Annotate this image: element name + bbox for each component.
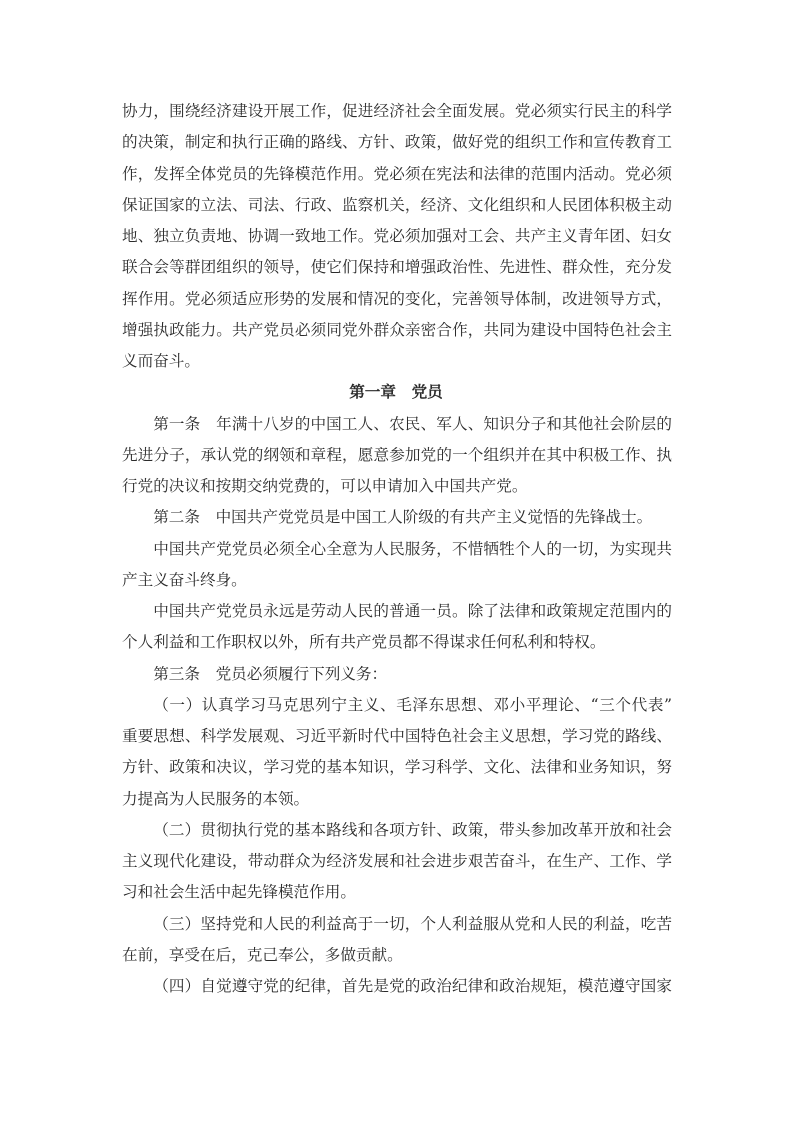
text-line: 地、独立负责地、协调一致地工作。党必须加强对工会、共产主义青年团、妇女 [122, 221, 672, 252]
text-line: 主义现代化建设，带动群众为经济发展和社会进步艰苦奋斗，在生产、工作、学 [122, 846, 672, 877]
text-line: 行党的决议和按期交纳党费的，可以申请加入中国共产党。 [122, 471, 672, 502]
text-line: 的决策，制定和执行正确的路线、方针、政策，做好党的组织工作和宣传教育工 [122, 127, 672, 158]
text-line: 中国共产党党员永远是劳动人民的普通一员。除了法律和政策规定范围内的 [122, 596, 672, 627]
article-2-paragraph-3: 中国共产党党员永远是劳动人民的普通一员。除了法律和政策规定范围内的 个人利益和工… [122, 596, 672, 659]
text-line: 第一条 年满十八岁的中国工人、农民、军人、知识分子和其他社会阶层的 [122, 409, 672, 440]
text-line: 个人利益和工作职权以外，所有共产党员都不得谋求任何私利和特权。 [122, 627, 672, 658]
intro-paragraph: 协力，围绕经济建设开展工作，促进经济社会全面发展。党必须实行民主的科学 的决策，… [122, 96, 672, 377]
article-1-paragraph: 第一条 年满十八岁的中国工人、农民、军人、知识分子和其他社会阶层的 先进分子，承… [122, 409, 672, 503]
text-line: （二）贯彻执行党的基本路线和各项方针、政策，带头参加改革开放和社会 [122, 815, 672, 846]
text-line: 增强执政能力。共产党员必须同党外群众亲密合作，共同为建设中国特色社会主 [122, 315, 672, 346]
article-2-paragraph-2: 中国共产党党员必须全心全意为人民服务，不惜牺牲个人的一切，为实现共 产主义奋斗终… [122, 534, 672, 597]
text-line: 力提高为人民服务的本领。 [122, 784, 672, 815]
text-line: 作，发挥全体党员的先锋模范作用。党必须在宪法和法律的范围内活动。党必须 [122, 159, 672, 190]
text-line: （四）自觉遵守党的纪律，首先是党的政治纪律和政治规矩，模范遵守国家 [122, 971, 672, 1002]
duty-item-3: （三）坚持党和人民的利益高于一切，个人利益服从党和人民的利益，吃苦 在前，享受在… [122, 909, 672, 972]
duty-item-2: （二）贯彻执行党的基本路线和各项方针、政策，带头参加改革开放和社会 主义现代化建… [122, 815, 672, 909]
text-line: 先进分子，承认党的纲领和章程，愿意参加党的一个组织并在其中积极工作、执 [122, 440, 672, 471]
text-line: 第二条 中国共产党党员是中国工人阶级的有共产主义觉悟的先锋战士。 [122, 502, 672, 533]
article-2-paragraph: 第二条 中国共产党党员是中国工人阶级的有共产主义觉悟的先锋战士。 [122, 502, 672, 533]
text-line: 保证国家的立法、司法、行政、监察机关，经济、文化组织和人民团体积极主动 [122, 190, 672, 221]
text-line: 义而奋斗。 [122, 346, 672, 377]
text-line: 产主义奋斗终身。 [122, 565, 672, 596]
text-line: 在前，享受在后，克己奉公，多做贡献。 [122, 940, 672, 971]
text-line: （一）认真学习马克思列宁主义、毛泽东思想、邓小平理论、“三个代表” [122, 690, 672, 721]
article-3-paragraph: 第三条 党员必须履行下列义务： [122, 659, 672, 690]
text-line: （三）坚持党和人民的利益高于一切，个人利益服从党和人民的利益，吃苦 [122, 909, 672, 940]
text-line: 挥作用。党必须适应形势的发展和情况的变化，完善领导体制，改进领导方式， [122, 284, 672, 315]
chapter-heading: 第一章 党员 [120, 377, 672, 408]
text-line: 联合会等群团组织的领导，使它们保持和增强政治性、先进性、群众性，充分发 [122, 252, 672, 283]
duty-item-1: （一）认真学习马克思列宁主义、毛泽东思想、邓小平理论、“三个代表” 重要思想、科… [122, 690, 672, 815]
text-line: 第三条 党员必须履行下列义务： [122, 659, 672, 690]
duty-item-4: （四）自觉遵守党的纪律，首先是党的政治纪律和政治规矩，模范遵守国家 [122, 971, 672, 1002]
text-line: 重要思想、科学发展观、习近平新时代中国特色社会主义思想，学习党的路线、 [122, 721, 672, 752]
text-line: 中国共产党党员必须全心全意为人民服务，不惜牺牲个人的一切，为实现共 [122, 534, 672, 565]
text-line: 协力，围绕经济建设开展工作，促进经济社会全面发展。党必须实行民主的科学 [122, 96, 672, 127]
text-line: 习和社会生活中起先锋模范作用。 [122, 877, 672, 908]
text-line: 方针、政策和决议，学习党的基本知识，学习科学、文化、法律和业务知识，努 [122, 752, 672, 783]
document-page: 协力，围绕经济建设开展工作，促进经济社会全面发展。党必须实行民主的科学 的决策，… [122, 96, 672, 1002]
